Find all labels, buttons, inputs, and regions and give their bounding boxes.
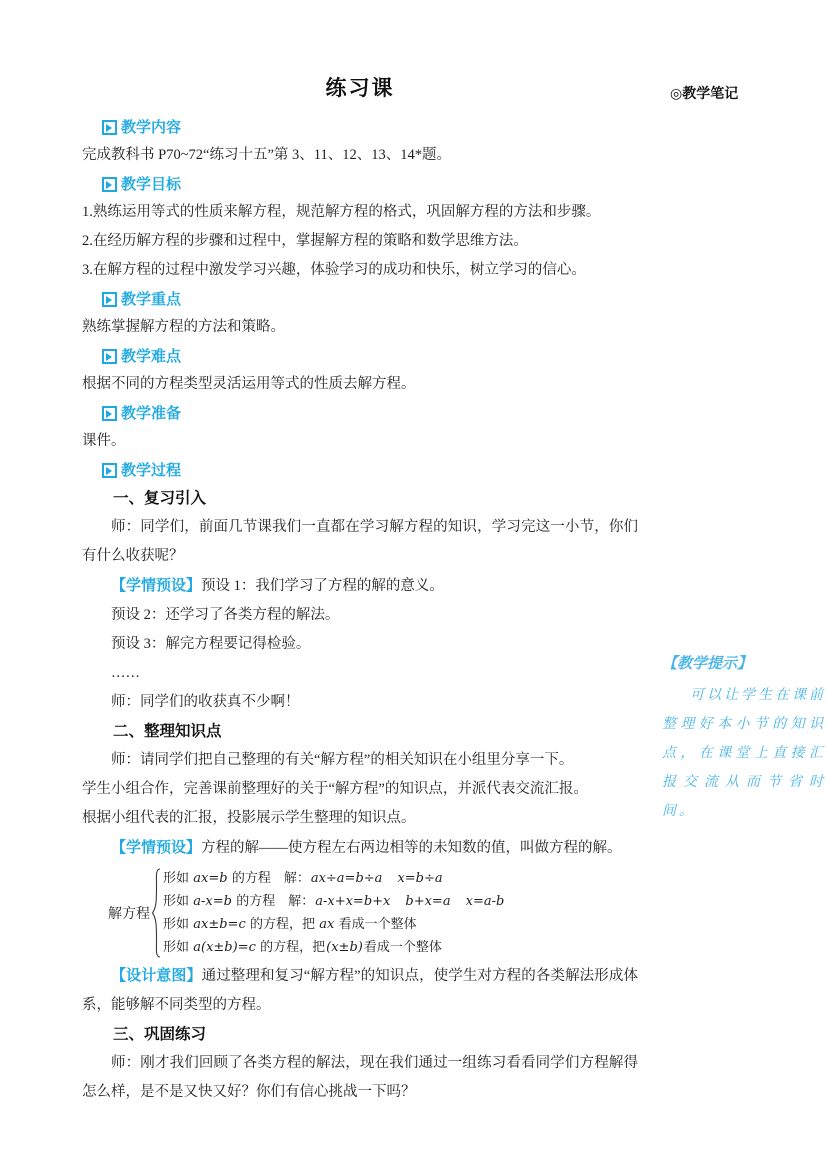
- section-heading-label: 教学目标: [121, 175, 181, 194]
- paragraph-goal-3: 3.在解方程的过程中激发学习兴趣，体验学习的成功和快乐，树立学习的信心。: [82, 256, 638, 285]
- equation-text: [452, 893, 465, 908]
- math-expression: (x±b): [325, 940, 364, 955]
- paragraph-teaching-content: 完成教科书 P70~72“练习十五”第 3、11、12、13、14*题。: [82, 141, 638, 170]
- equation-text: 形如: [163, 870, 192, 885]
- equation-text: 的方程 解：: [229, 870, 310, 885]
- paragraph-projection: 根据小组代表的汇报，投影展示学生整理的知识点。: [82, 804, 638, 833]
- equation-text: 形如: [163, 893, 192, 908]
- math-expression: x=b÷a: [396, 871, 443, 886]
- section-heading-teaching-goals: 教学目标: [102, 175, 638, 194]
- play-icon: [102, 177, 117, 192]
- equation-block-label: 解方程: [108, 903, 150, 923]
- equation-text: [383, 870, 396, 885]
- equation-line-1: 形如 ax=b 的方程 解：ax÷a=b÷a x=b÷a: [163, 867, 505, 890]
- math-expression: a-x+x=b+x: [314, 894, 391, 909]
- play-triangle-icon: [106, 410, 116, 418]
- play-triangle-icon: [106, 353, 116, 361]
- equation-text: 的方程 解：: [233, 893, 314, 908]
- paragraph-practice-intro: 师：刚才我们回顾了各类方程的解法，现在我们通过一组练习看看同学们方程解得怎么样，…: [82, 1049, 638, 1107]
- paragraph-preset-2: 预设 2：还学习了各类方程的解法。: [82, 601, 638, 630]
- paragraph-teacher-share: 师：请同学们把自己整理的有关“解方程”的相关知识在小组里分享一下。: [82, 746, 638, 775]
- play-triangle-icon: [106, 124, 116, 132]
- paragraph-teacher-praise: 师：同学们的收获真不少啊！: [82, 688, 638, 717]
- play-triangle-icon: [106, 296, 116, 304]
- play-triangle-icon: [106, 181, 116, 189]
- teaching-tip-tag: 【教学提示】: [662, 650, 826, 679]
- equation-text: 的方程，把: [257, 939, 325, 954]
- play-icon: [102, 292, 117, 307]
- math-expression: ax=b: [192, 871, 228, 886]
- play-icon: [102, 349, 117, 364]
- math-expression: ax±b=c: [192, 917, 246, 932]
- equation-text: 形如: [163, 916, 192, 931]
- main-column: 练习课 教学内容 完成教科书 P70~72“练习十五”第 3、11、12、13、…: [82, 76, 638, 1107]
- design-intent-tag: 【设计意图】: [111, 967, 202, 984]
- equation-text: [391, 893, 404, 908]
- paragraph-design-intent: 【设计意图】通过整理和复习“解方程”的知识点，使学生对方程的各类解法形成体系，能…: [82, 961, 638, 1020]
- section-heading-key-points: 教学重点: [102, 290, 638, 309]
- play-triangle-icon: [106, 467, 116, 475]
- equation-text: 看成一个整体: [335, 916, 416, 931]
- paragraph-preset-1: 【学情预设】预设 1：我们学习了方程的解的意义。: [82, 571, 638, 601]
- equation-text: 看成一个整体: [364, 939, 442, 954]
- paragraph-teacher-intro: 师：同学们，前面几节课我们一直都在学习解方程的知识，学习完这一小节，你们有什么收…: [82, 513, 638, 571]
- play-icon: [102, 463, 117, 478]
- preset-tag: 【学情预设】: [111, 577, 201, 594]
- paragraph-goal-2: 2.在经历解方程的步骤和过程中，掌握解方程的策略和数学思维方法。: [82, 227, 638, 256]
- section-heading-label: 教学准备: [121, 404, 181, 423]
- paragraph-preset-definition: 【学情预设】方程的解——使方程左右两边相等的未知数的值，叫做方程的解。: [82, 833, 638, 863]
- math-expression: a-x=b: [192, 894, 233, 909]
- section-heading-teaching-content: 教学内容: [102, 118, 638, 137]
- teaching-tip-text: 可以让学生在课前整理好本小节的知识点，在课堂上直接汇报交流从而节省时间。: [662, 681, 826, 826]
- preset-tag: 【学情预设】: [111, 839, 201, 856]
- math-expression: x=a-b: [465, 894, 506, 909]
- equation-line-2: 形如 a-x=b 的方程 解：a-x+x=b+x b+x=a x=a-b: [163, 890, 505, 913]
- section-heading-label: 教学内容: [121, 118, 181, 137]
- section-heading-label: 教学重点: [121, 290, 181, 309]
- equation-text: 形如: [163, 939, 192, 954]
- teaching-notes-corner-label: ◎教学笔记: [670, 83, 738, 103]
- section-heading-label: 教学难点: [121, 347, 181, 366]
- paragraph-preparation: 课件。: [82, 427, 638, 456]
- section-heading-label: 教学过程: [121, 461, 181, 480]
- paragraph-difficulties: 根据不同的方程类型灵活运用等式的性质去解方程。: [82, 370, 638, 399]
- math-expression: a(x±b)=c: [192, 940, 257, 955]
- process-part2-heading: 二、整理知识点: [82, 717, 638, 746]
- section-heading-process: 教学过程: [102, 461, 638, 480]
- section-heading-difficulties: 教学难点: [102, 347, 638, 366]
- paragraph-ellipsis: ……: [82, 659, 638, 688]
- preset-definition-text: 方程的解——使方程左右两边相等的未知数的值，叫做方程的解。: [201, 840, 622, 856]
- lesson-plan-document: { "colors":{"accent":"#1FA9E2","tip_note…: [0, 0, 827, 1169]
- play-icon: [102, 120, 117, 135]
- play-icon: [102, 406, 117, 421]
- preset-1-text: 预设 1：我们学习了方程的解的意义。: [201, 578, 444, 594]
- paragraph-preset-3: 预设 3：解完方程要记得检验。: [82, 630, 638, 659]
- section-heading-preparation: 教学准备: [102, 404, 638, 423]
- paragraph-goal-1: 1.熟练运用等式的性质来解方程，规范解方程的格式，巩固解方程的方法和步骤。: [82, 198, 638, 227]
- equation-line-4: 形如 a(x±b)=c 的方程，把(x±b)看成一个整体: [163, 936, 505, 959]
- process-part1-heading: 一、复习引入: [82, 484, 638, 513]
- page-title: 练习课: [82, 76, 638, 102]
- equation-lines: 形如 ax=b 的方程 解：ax÷a=b÷a x=b÷a 形如 a-x=b 的方…: [163, 867, 505, 959]
- equation-text: 的方程，把: [247, 916, 319, 931]
- paragraph-key-points: 熟练掌握解方程的方法和策略。: [82, 313, 638, 342]
- math-expression: b+x=a: [404, 894, 451, 909]
- equation-line-3: 形如 ax±b=c 的方程，把 ax 看成一个整体: [163, 913, 505, 936]
- equation-summary-block: 解方程 形如 ax=b 的方程 解：ax÷a=b÷a x=b÷a 形如 a-x=…: [108, 867, 638, 959]
- teaching-tip-note: 【教学提示】 可以让学生在课前整理好本小节的知识点，在课堂上直接汇报交流从而节省…: [662, 650, 826, 826]
- math-expression: ax: [318, 917, 335, 932]
- process-part3-heading: 三、巩固练习: [82, 1020, 638, 1049]
- left-brace-icon: [151, 868, 161, 958]
- paragraph-group-work: 学生小组合作，完善课前整理好的关于“解方程”的知识点，并派代表交流汇报。: [82, 775, 638, 804]
- math-expression: ax÷a=b÷a: [310, 871, 384, 886]
